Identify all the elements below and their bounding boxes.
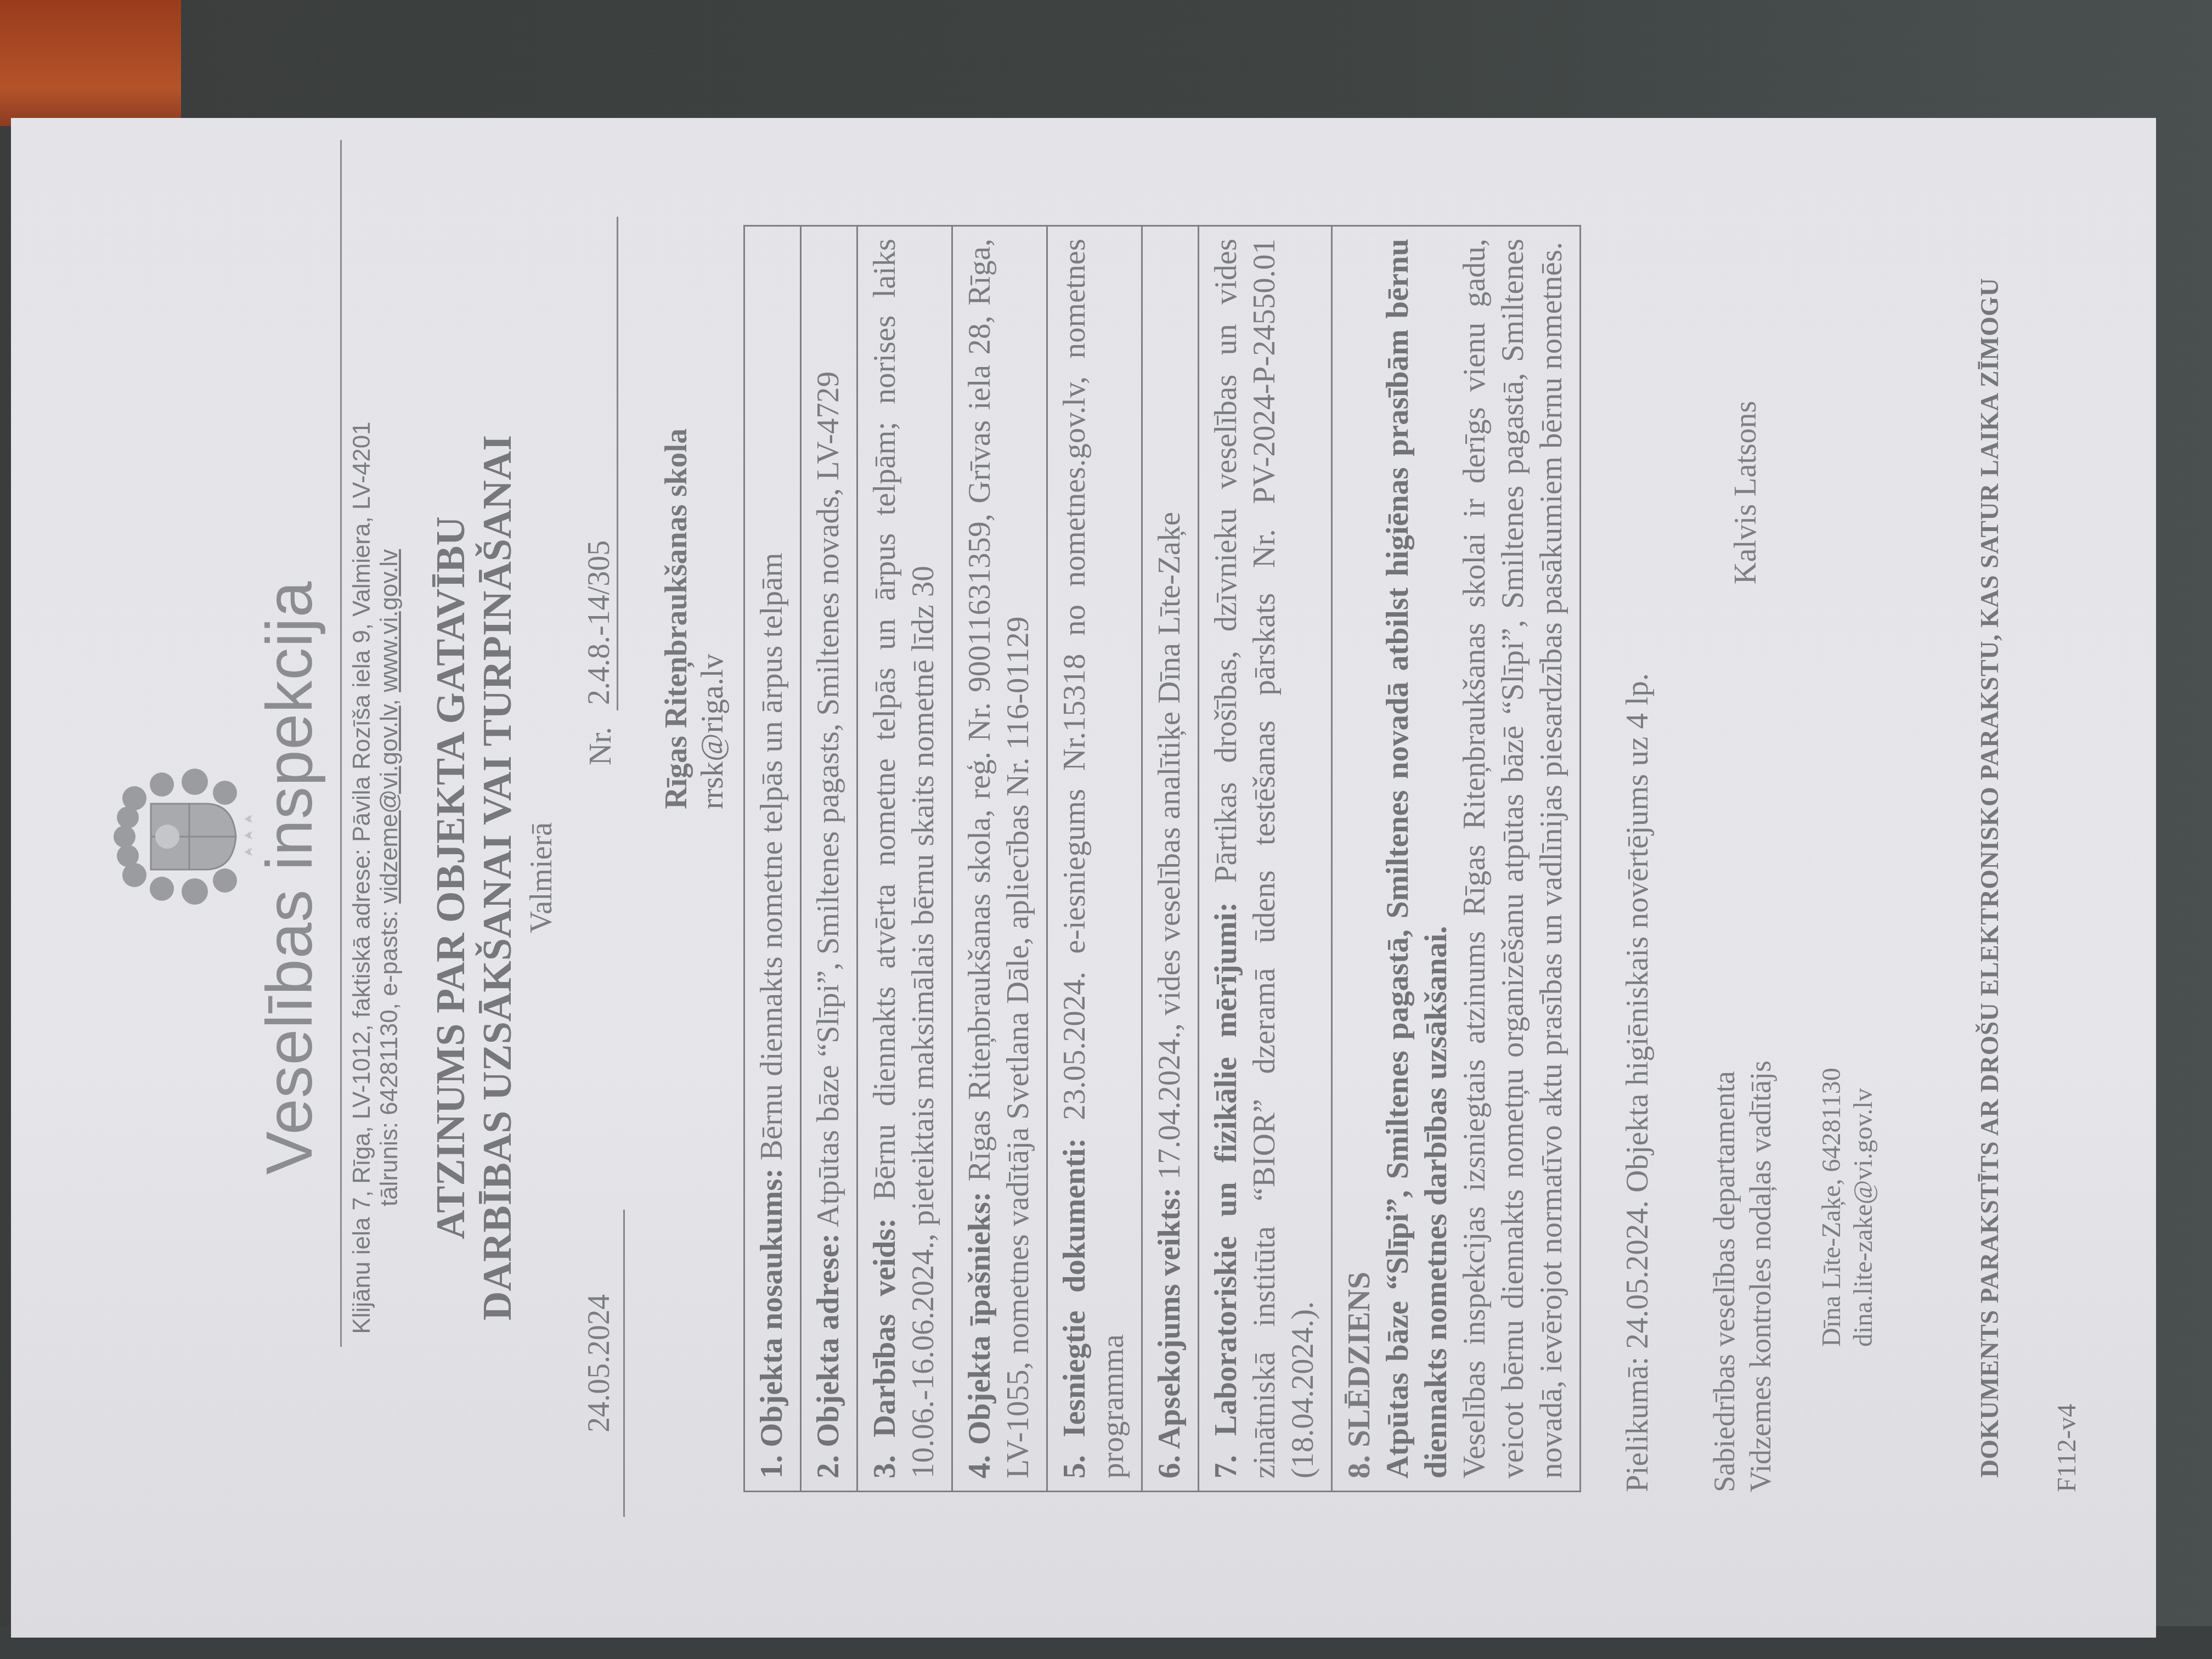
form-code: F112-v4 — [2052, 1404, 2082, 1492]
details-table: 1. Objekta nosaukums: Bērnu diennakts no… — [743, 225, 1581, 1492]
table-row: 4. Objekta īpašnieks: Rīgas Riteņbraukša… — [953, 227, 1048, 1491]
signer-position: Sabiedrības veselības departamenta Vidze… — [1706, 1060, 1779, 1492]
conclusion-heading: 8. SLĒDZIENS — [1340, 239, 1379, 1479]
document-title-line2: DARBĪBAS UZSĀKŠANAI VAI TURPINĀŠANAI — [475, 118, 521, 1638]
contact-line: tālrunis: 64281130, e-pasts: vidzeme@vi.… — [376, 118, 403, 1638]
row-value: Atpūtas bāze “Slīpi”, Smiltenes pagasts,… — [811, 371, 845, 1233]
date-value: 24.05.2024 — [582, 1210, 617, 1517]
table-row: 5. Iesniegtie dokumenti: 23.05.2024. e-i… — [1048, 227, 1143, 1491]
background-orange-object — [0, 0, 181, 126]
organization-name: Veselības inspekcija — [252, 118, 327, 1638]
row-label: 4. Objekta īpašnieks: — [962, 1192, 997, 1479]
recipient-email[interactable]: rrsk@riga.lv — [695, 428, 731, 809]
row-value: 17.04.2024., vides veselības analītiķe D… — [1152, 512, 1187, 1187]
dept-line1: Sabiedrības veselības departamenta — [1706, 1060, 1742, 1492]
document-number: Nr. 2.4.8.-14/305 — [582, 217, 618, 765]
contact-email[interactable]: dina.lite-zake@vi.gov.lv — [1848, 1068, 1880, 1347]
signer-name: Kalvis Latsons — [1728, 401, 1763, 584]
address-line: Klijānu iela 7, Rīga, LV-1012, faktiskā … — [348, 118, 376, 1638]
document-date: 24.05.2024 — [582, 1210, 625, 1517]
email-link[interactable]: vidzeme@vi.gov.lv — [376, 706, 403, 904]
contact-person: Dīna Līte-Zaķe, 64281130 dina.lite-zake@… — [1816, 1068, 1880, 1347]
header-divider — [340, 140, 342, 1347]
issue-city: Valmierā — [524, 118, 559, 1638]
conclusion-body: Veselības inspekcijas izsniegtais atzinu… — [1455, 239, 1571, 1479]
latvia-coat-of-arms-icon — [112, 765, 255, 908]
document-title-line1: ATZINUMS PAR OBJEKTA GATAVĪBU — [428, 118, 475, 1638]
dept-line2: Vidzemes kontroles nodaļas vadītājs — [1742, 1060, 1779, 1492]
table-row: 1. Objekta nosaukums: Bērnu diennakts no… — [745, 227, 802, 1491]
document-page: Veselības inspekcija Klijānu iela 7, Rīg… — [11, 118, 2156, 1638]
esignature-notice: DOKUMENTS PARAKSTĪTS AR DROŠU ELEKTRONIS… — [1975, 118, 2004, 1638]
row-label: 6. Apsekojums veikts: — [1152, 1188, 1187, 1479]
table-row: 3. Darbības veids: Bērnu diennakts atvēr… — [858, 227, 953, 1491]
conclusion-row: 8. SLĒDZIENS Atpūtas bāze “Slīpi”, Smilt… — [1333, 227, 1579, 1491]
website-link[interactable]: www.vi.gov.lv — [376, 549, 403, 692]
table-row: 2. Objekta adrese: Atpūtas bāze “Slīpi”,… — [802, 227, 858, 1491]
row-value: Bērnu diennakts nometne telpās un ārpus … — [754, 552, 789, 1168]
attachment-note: Pielikumā: 24.05.2024. Objekta higiēnisk… — [1618, 225, 1657, 1492]
row-label: 7. Laboratoriskie un fizikālie mērījumi: — [1209, 902, 1243, 1479]
date-underline — [623, 1210, 625, 1517]
row-label: 3. Darbības veids: — [867, 1218, 902, 1479]
contact-name-phone: Dīna Līte-Zaķe, 64281130 — [1816, 1068, 1848, 1347]
table-row: 7. Laboratoriskie un fizikālie mērījumi:… — [1199, 227, 1333, 1491]
phone-email-label: tālrunis: 64281130, e-pasts: — [376, 904, 403, 1206]
recipient-name: Rīgas Riteņbraukšanas skola — [658, 428, 695, 809]
number-label: Nr. — [583, 727, 618, 765]
number-value: 2.4.8.-14/305 — [582, 217, 618, 710]
row-label: 1. Objekta nosaukums: — [754, 1169, 789, 1479]
row-label: 5. Iesniegtie dokumenti: — [1057, 1138, 1092, 1479]
document-photo: Veselības inspekcija Klijānu iela 7, Rīg… — [11, 118, 2156, 1638]
recipient-block: Rīgas Riteņbraukšanas skola rrsk@riga.lv — [658, 428, 731, 809]
row-label: 2. Objekta adrese: — [811, 1233, 845, 1479]
table-row: 6. Apsekojums veikts: 17.04.2024., vides… — [1143, 227, 1199, 1491]
conclusion-statement: Atpūtas bāze “Slīpi”, Smiltenes pagastā,… — [1380, 239, 1453, 1479]
